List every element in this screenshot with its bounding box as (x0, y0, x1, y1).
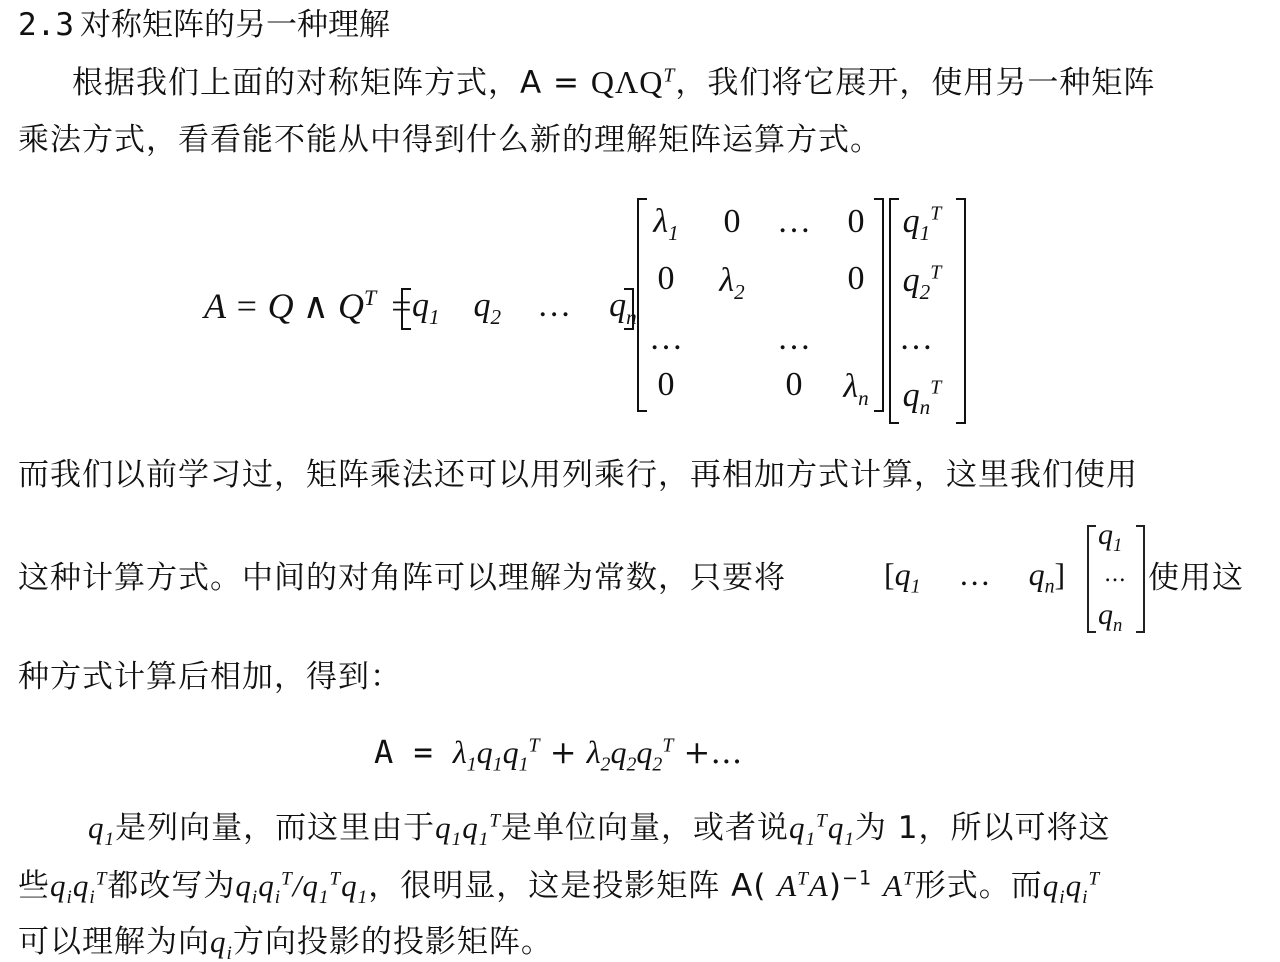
row-vector: q1q2…qn (412, 287, 637, 325)
col-vector-right-bracket (956, 198, 966, 424)
paragraph-1-line-1: 根据我们上面的对称矩阵方式，A = QΛQT，我们将它展开，使用另一种矩阵 (72, 62, 1155, 103)
section-number: 2.3 (18, 7, 74, 43)
paragraph-2-line-3: 种方式计算后相加，得到： (18, 657, 402, 697)
paragraph-3-line-1: q1是列向量，而这里由于q1q1T是单位向量，或者说q1Tq1为 1，所以可将这 (88, 808, 1111, 848)
paragraph-1-line-2: 乘法方式，看看能不能从中得到什么新的理解矩阵运算方式。 (18, 120, 882, 160)
paragraph-3-line-3: 可以理解为向qi方向投影的投影矩阵。 (18, 922, 553, 962)
section-heading: 2.3对称矩阵的另一种理解 (18, 5, 390, 45)
row-vector-left-bracket (401, 288, 411, 330)
paragraph-3-line-2: 些qiqiT都改写为qiqiT/q1Tq1，很明显，这是投影矩阵 A( ATA)… (18, 866, 1100, 906)
paragraph-2-line-1: 而我们以前学习过，矩阵乘法还可以用列乘行，再相加方式计算，这里我们使用 (18, 455, 1138, 495)
p1-text: 根据我们上面的对称矩阵方式，A = (72, 65, 591, 101)
p1-math: QΛQT (591, 64, 675, 100)
equation-sum: A = λ1q1q1T + λ2q2q2T +… (374, 733, 742, 771)
section-title: 对称矩阵的另一种理解 (80, 7, 390, 43)
equation-lhs: A = Q ∧ QT = (204, 285, 412, 327)
p1-rest: ，我们将它展开，使用另一种矩阵 (675, 65, 1155, 101)
row-vector-right-bracket (624, 288, 634, 330)
paragraph-2-line-2: 这种计算方式。中间的对角阵可以理解为常数，只要将 (18, 558, 786, 598)
paragraph-2-line-2-rest: 使用这 (1148, 558, 1244, 598)
